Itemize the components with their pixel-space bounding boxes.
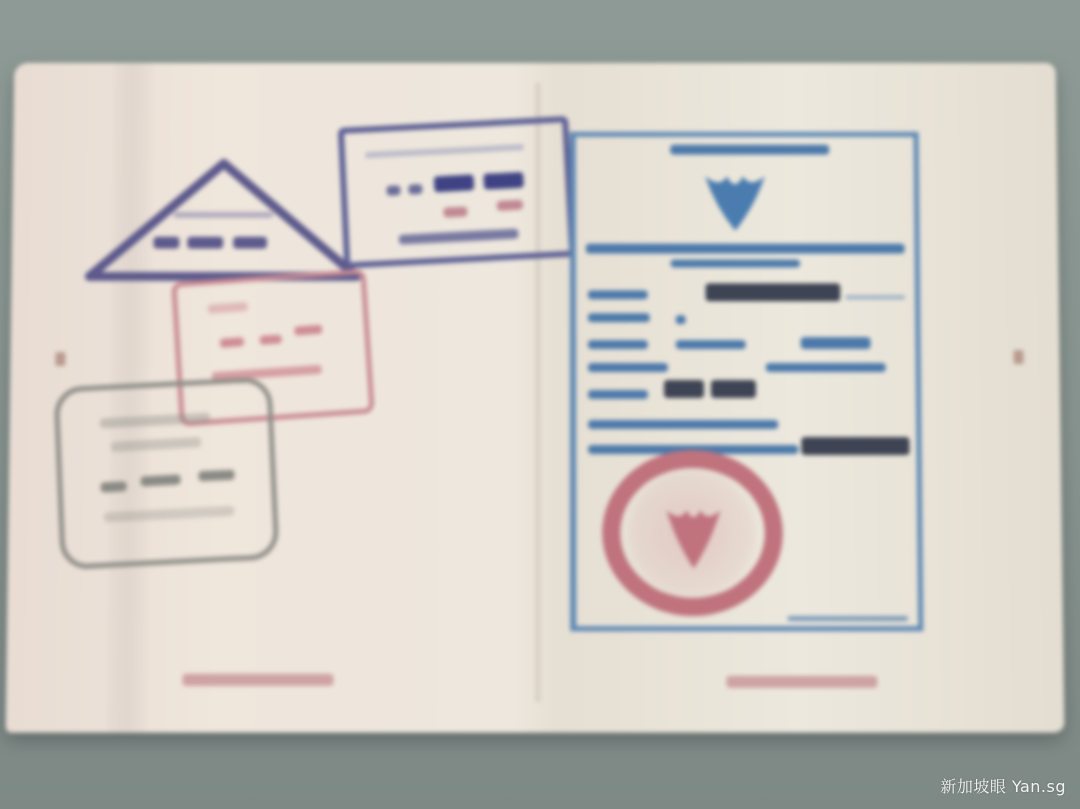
garuda-emblem-icon (695, 166, 775, 235)
blue-rectangular-stamp (338, 116, 576, 268)
staple-right (1013, 350, 1023, 364)
seal-emblem-icon (658, 502, 729, 572)
triangle-stamp (83, 158, 363, 287)
page-footer-right (726, 676, 877, 688)
page-footer-left (182, 674, 333, 686)
grey-rounded-stamp (53, 376, 279, 570)
staple-left (55, 352, 65, 366)
passport (6, 63, 1065, 733)
red-round-seal (602, 450, 783, 616)
watermark: 新加坡眼 Yan.sg (940, 774, 1066, 797)
